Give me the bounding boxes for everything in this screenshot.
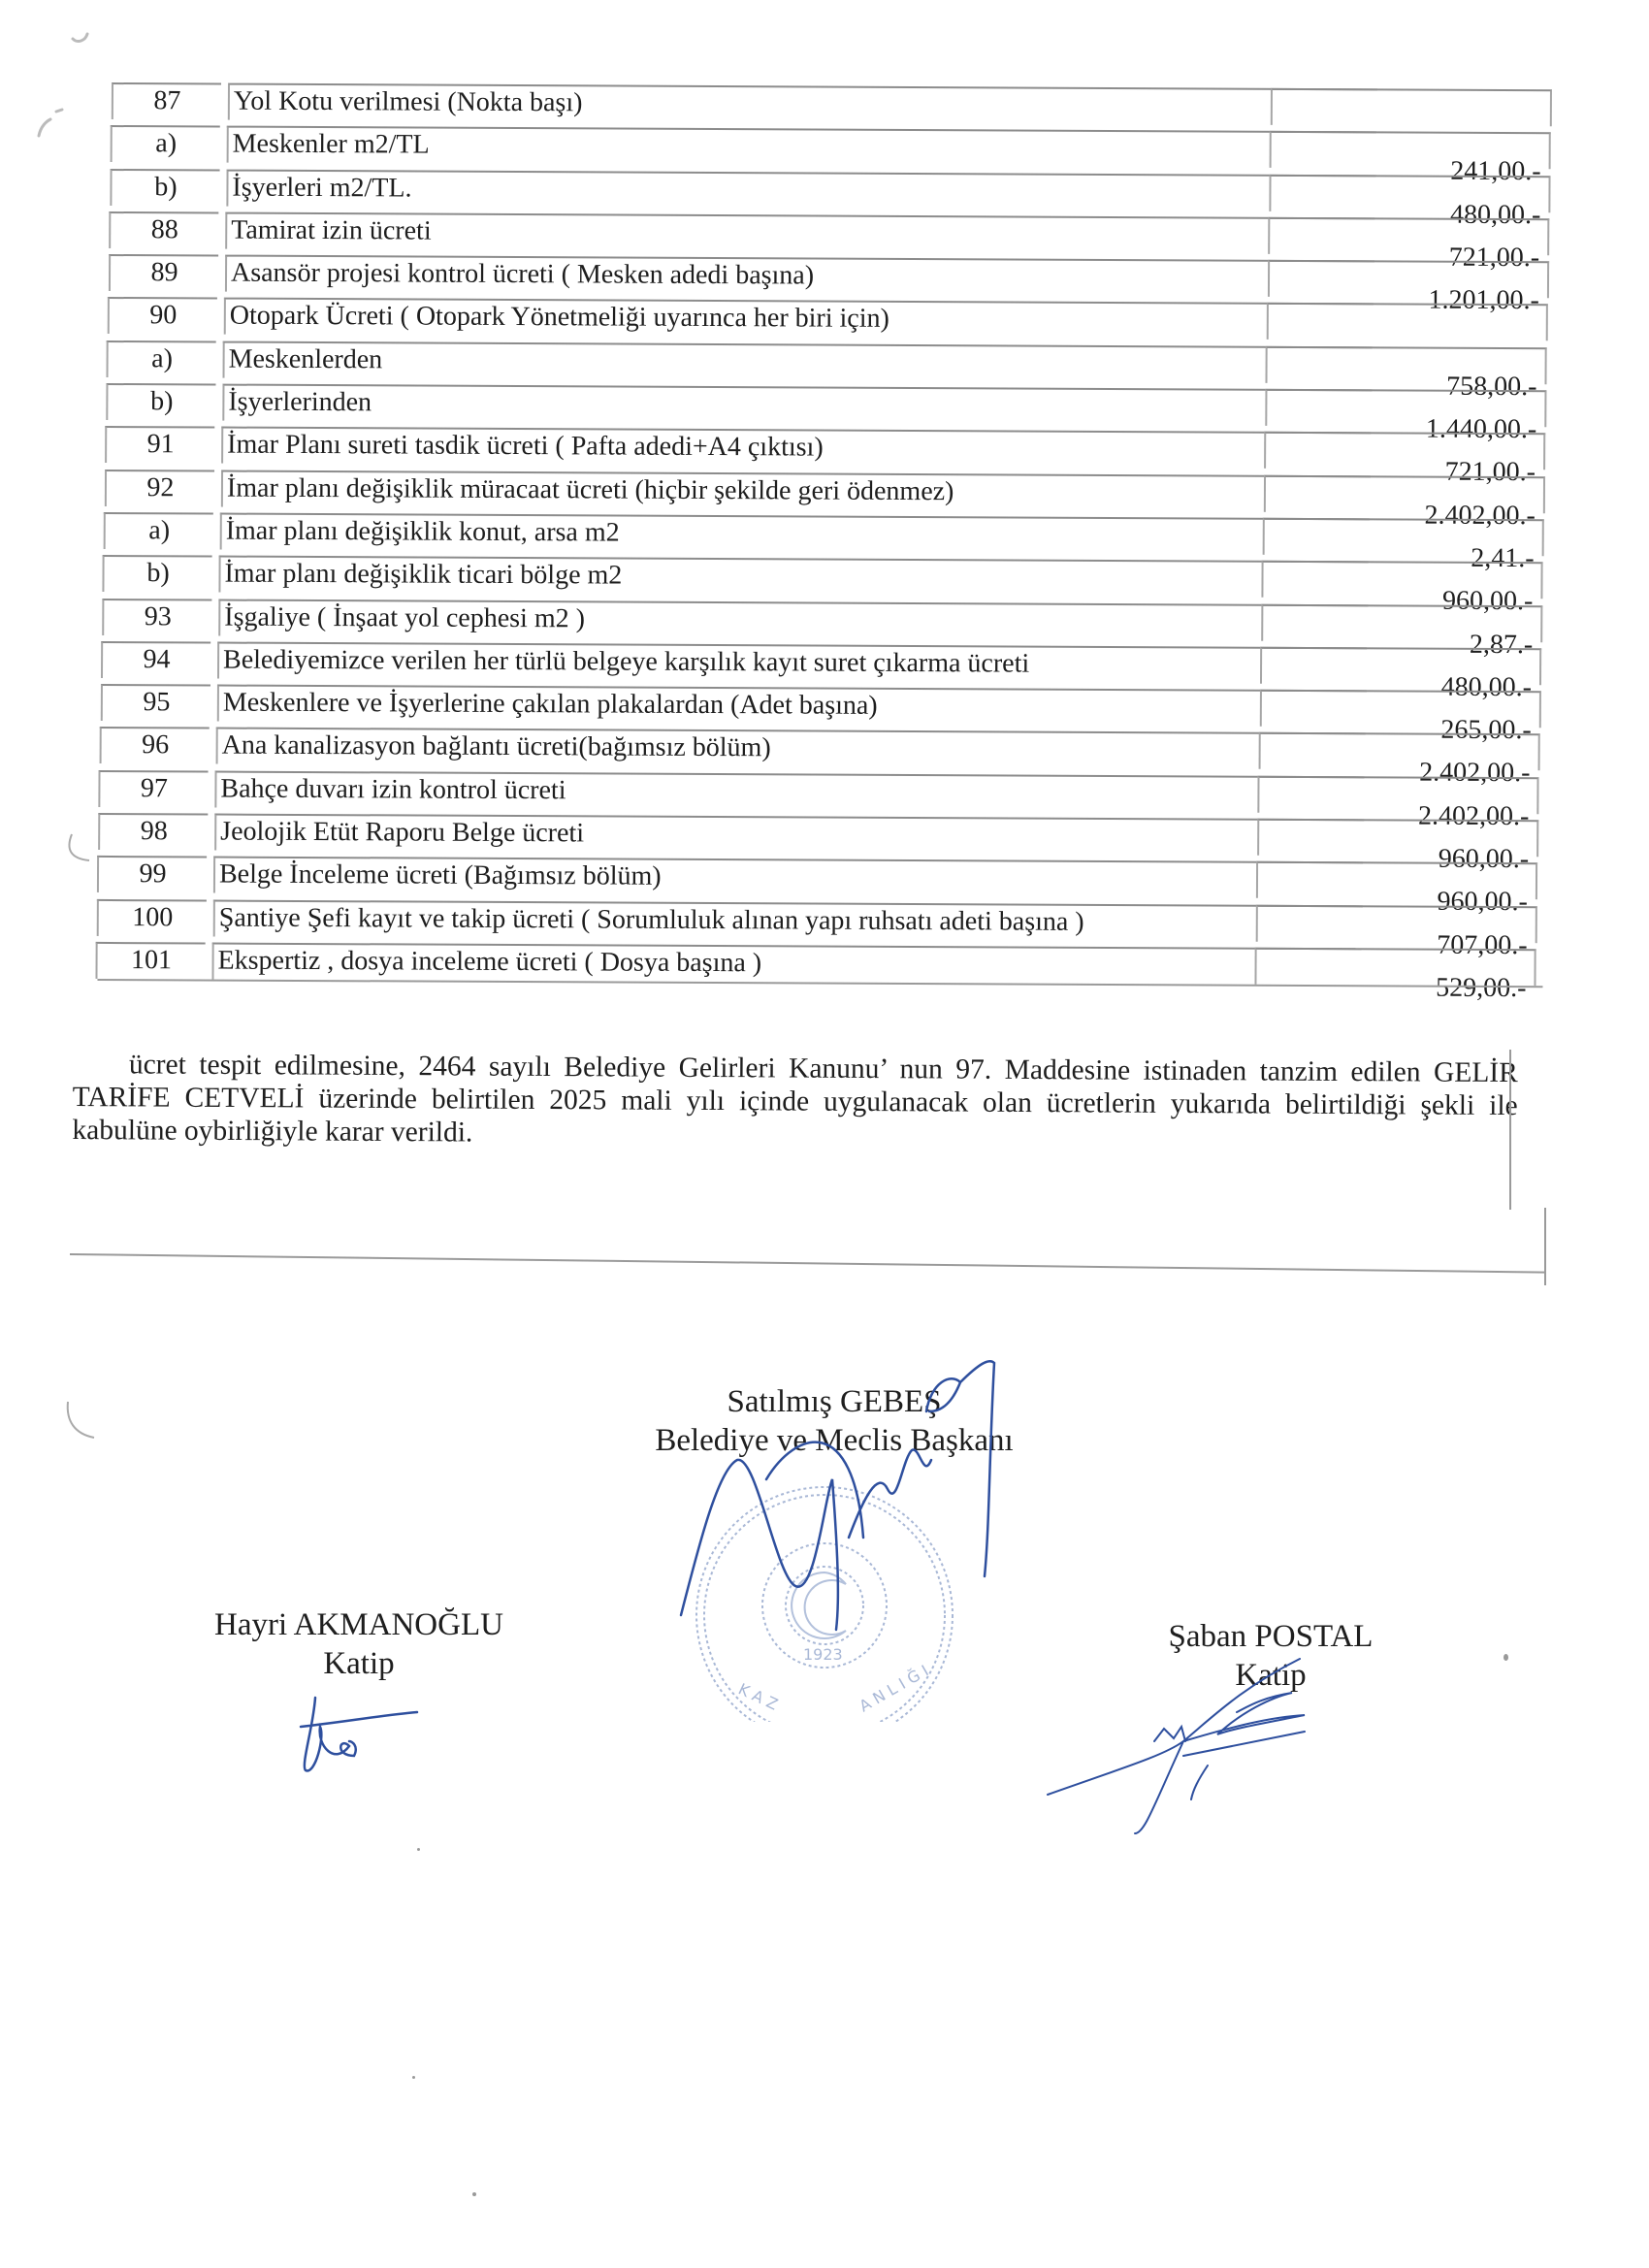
table-row: b)İmar planı değişiklik ticari bölge m29… [109, 555, 1568, 605]
scan-mark-icon [58, 19, 97, 49]
table-row: 100Şantiye Şefi kayıt ve takip ücreti ( … [108, 899, 1568, 950]
item-number: b) [106, 383, 215, 421]
item-fee: 480,00.- [1269, 174, 1550, 211]
item-number: 91 [105, 426, 214, 464]
item-number: 90 [108, 297, 217, 335]
item-number: 93 [102, 599, 211, 636]
table-row: 95Meskenlere ve İşyerlerine çakılan plak… [109, 684, 1568, 734]
signature-block-clerk-right: Şaban POSTAL Katip [1154, 1617, 1387, 1695]
item-fee: 960,00.- [1256, 861, 1537, 899]
signatory-name: Hayri AKMANOĞLU [194, 1605, 524, 1644]
item-number: a) [104, 512, 213, 550]
item-fee: 529,00.- [1254, 948, 1536, 986]
item-description: Jeolojik Etüt Raporu Belge ücreti [214, 814, 1364, 857]
table-row: b)İşyerlerinden1.440,00.- [110, 383, 1569, 434]
item-number: b) [110, 169, 219, 207]
table-row: 89Asansör projesi kontrol ücreti ( Meske… [111, 254, 1570, 305]
table-row: 98Jeolojik Etüt Raporu Belge ücreti960,0… [108, 813, 1568, 863]
item-fee: 758,00.- [1266, 346, 1547, 384]
table-row: b)İşyerleri m2/TL.480,00.- [111, 169, 1570, 219]
scan-mark-icon [60, 1397, 99, 1445]
item-description: Belediyemizce verilen her türlü belgeye … [217, 641, 1367, 684]
scan-speck [1503, 1654, 1508, 1661]
item-fee: 265,00.- [1260, 690, 1541, 728]
item-number: 89 [109, 254, 218, 292]
table-row: 99Belge İnceleme ücreti (Bağımsız bölüm)… [108, 856, 1568, 906]
item-description: İşgaliye ( İnşaat yol cephesi m2 ) [218, 599, 1368, 641]
fee-table: 87Yol Kotu verilmesi (Nokta başı)a)Meske… [107, 82, 1571, 992]
table-row: 97Bahçe duvarı izin kontrol ücreti2.402,… [108, 770, 1568, 821]
scan-speck [472, 2192, 476, 2196]
item-fee: 960,00.- [1257, 819, 1538, 857]
item-number: 99 [97, 856, 207, 893]
scan-mark-icon [29, 92, 87, 150]
table-row: 96Ana kanalizasyon bağlantı ücreti(bağım… [109, 727, 1568, 777]
signature-block-chair: Satılmış GEBEŞ Belediye ve Meclis Başkan… [621, 1382, 1048, 1460]
item-description: Meskenler m2/TL [227, 126, 1376, 169]
frame-rule [70, 1253, 1546, 1274]
item-description: Bahçe duvarı izin kontrol ücreti [214, 770, 1364, 813]
item-number: 97 [98, 770, 208, 808]
table-row: a)Meskenler m2/TL241,00.- [112, 125, 1571, 176]
item-number: 94 [101, 641, 210, 679]
item-description: Tamirat izin ücreti [225, 211, 1374, 254]
item-description: Meskenlerden [223, 340, 1373, 383]
item-description: Belge İnceleme ücreti (Bağımsız bölüm) [213, 857, 1363, 899]
table-row: 92İmar planı değişiklik müracaat ücreti … [110, 470, 1569, 520]
item-fee: 2,41.- [1263, 518, 1544, 556]
item-description: Şantiye Şefi kayıt ve takip ücreti ( Sor… [213, 899, 1363, 942]
item-description: İşyerleri m2/TL. [226, 169, 1375, 211]
item-fee: 707,00.- [1256, 904, 1537, 942]
scan-speck [417, 1848, 420, 1851]
item-description: İmar planı değişiklik konut, arsa m2 [220, 513, 1370, 556]
table-row: 87Yol Kotu verilmesi (Nokta başı) [112, 82, 1571, 133]
frame-rule [1509, 1050, 1511, 1210]
item-number: 87 [112, 82, 221, 120]
item-description: Meskenlere ve İşyerlerine çakılan plakal… [217, 685, 1367, 728]
item-fee: 2.402,00.- [1264, 474, 1545, 512]
official-seal-icon: 1923 K A Z A N L I Ğ I [679, 1470, 970, 1722]
scan-mark-icon [60, 829, 99, 878]
table-row: 91İmar Planı sureti tasdik ücreti ( Paft… [110, 426, 1569, 476]
item-description: İşyerlerinden [222, 384, 1372, 427]
document-page: 87Yol Kotu verilmesi (Nokta başı)a)Meske… [0, 0, 1649, 2268]
item-fee: 1.440,00.- [1265, 389, 1546, 427]
svg-text:K A Z: K A Z [735, 1679, 781, 1713]
signatory-title: Belediye ve Meclis Başkanı [621, 1421, 1048, 1460]
item-number: 92 [105, 470, 214, 507]
item-fee: 1.201,00.- [1268, 260, 1549, 298]
item-description: Yol Kotu verilmesi (Nokta başı) [228, 83, 1377, 126]
item-number: 88 [109, 211, 218, 249]
item-fee: 241,00.- [1270, 131, 1551, 169]
item-number: a) [107, 340, 216, 378]
svg-text:1923: 1923 [803, 1645, 843, 1664]
item-fee: 2,87.- [1261, 603, 1542, 641]
table-row: 94Belediyemizce verilen her türlü belgey… [109, 641, 1568, 692]
table-row: 90Otopark Ücreti ( Otopark Yönetmeliği u… [111, 297, 1570, 347]
item-fee: 2.402,00.- [1257, 776, 1538, 814]
item-number: 96 [100, 727, 210, 764]
table-row: 93İşgaliye ( İnşaat yol cephesi m2 )2,87… [109, 599, 1568, 649]
item-description: Asansör projesi kontrol ücreti ( Mesken … [225, 255, 1374, 298]
item-fee [1267, 303, 1548, 340]
item-description: İmar planı değişiklik ticari bölge m2 [218, 556, 1368, 599]
signatory-name: Şaban POSTAL [1154, 1617, 1387, 1656]
item-description: İmar Planı sureti tasdik ücreti ( Pafta … [221, 427, 1371, 470]
item-fee: 2.402,00.- [1259, 732, 1540, 770]
item-number: 95 [101, 684, 210, 722]
item-description: Ekspertiz , dosya inceleme ücreti ( Dosy… [211, 942, 1361, 985]
item-fee: 480,00.- [1260, 647, 1541, 685]
item-number: b) [102, 555, 211, 593]
item-number: a) [111, 125, 220, 163]
signatory-name: Satılmış GEBEŞ [621, 1382, 1048, 1421]
signatory-title: Katip [1154, 1656, 1387, 1695]
item-number: 101 [95, 942, 205, 980]
item-fee [1271, 88, 1552, 126]
frame-rule [1544, 1208, 1546, 1285]
resolution-paragraph: ücret tespit edilmesine, 2464 sayılı Bel… [72, 1048, 1518, 1155]
resolution-text: ücret tespit edilmesine, 2464 sayılı Bel… [72, 1048, 1518, 1155]
table-row: 88Tamirat izin ücreti721,00.- [111, 211, 1570, 262]
item-description: Otopark Ücreti ( Otopark Yönetmeliği uya… [224, 298, 1374, 340]
item-fee: 960,00.- [1261, 561, 1542, 599]
table-row: a)Meskenlerden758,00.- [110, 340, 1569, 391]
signatory-title: Katip [194, 1644, 524, 1683]
item-description: İmar planı değişiklik müracaat ücreti (h… [221, 470, 1371, 512]
item-number: 98 [98, 813, 208, 851]
item-fee: 721,00.- [1264, 432, 1545, 470]
item-fee: 721,00.- [1268, 217, 1549, 255]
signature-clerk-left-icon [296, 1688, 422, 1785]
scan-speck [412, 2076, 415, 2079]
item-description: Ana kanalizasyon bağlantı ücreti(bağımsı… [216, 728, 1366, 770]
signature-block-clerk-left: Hayri AKMANOĞLU Katip [194, 1605, 524, 1683]
table-row: a)İmar planı değişiklik konut, arsa m22,… [110, 512, 1569, 563]
item-number: 100 [97, 899, 207, 937]
